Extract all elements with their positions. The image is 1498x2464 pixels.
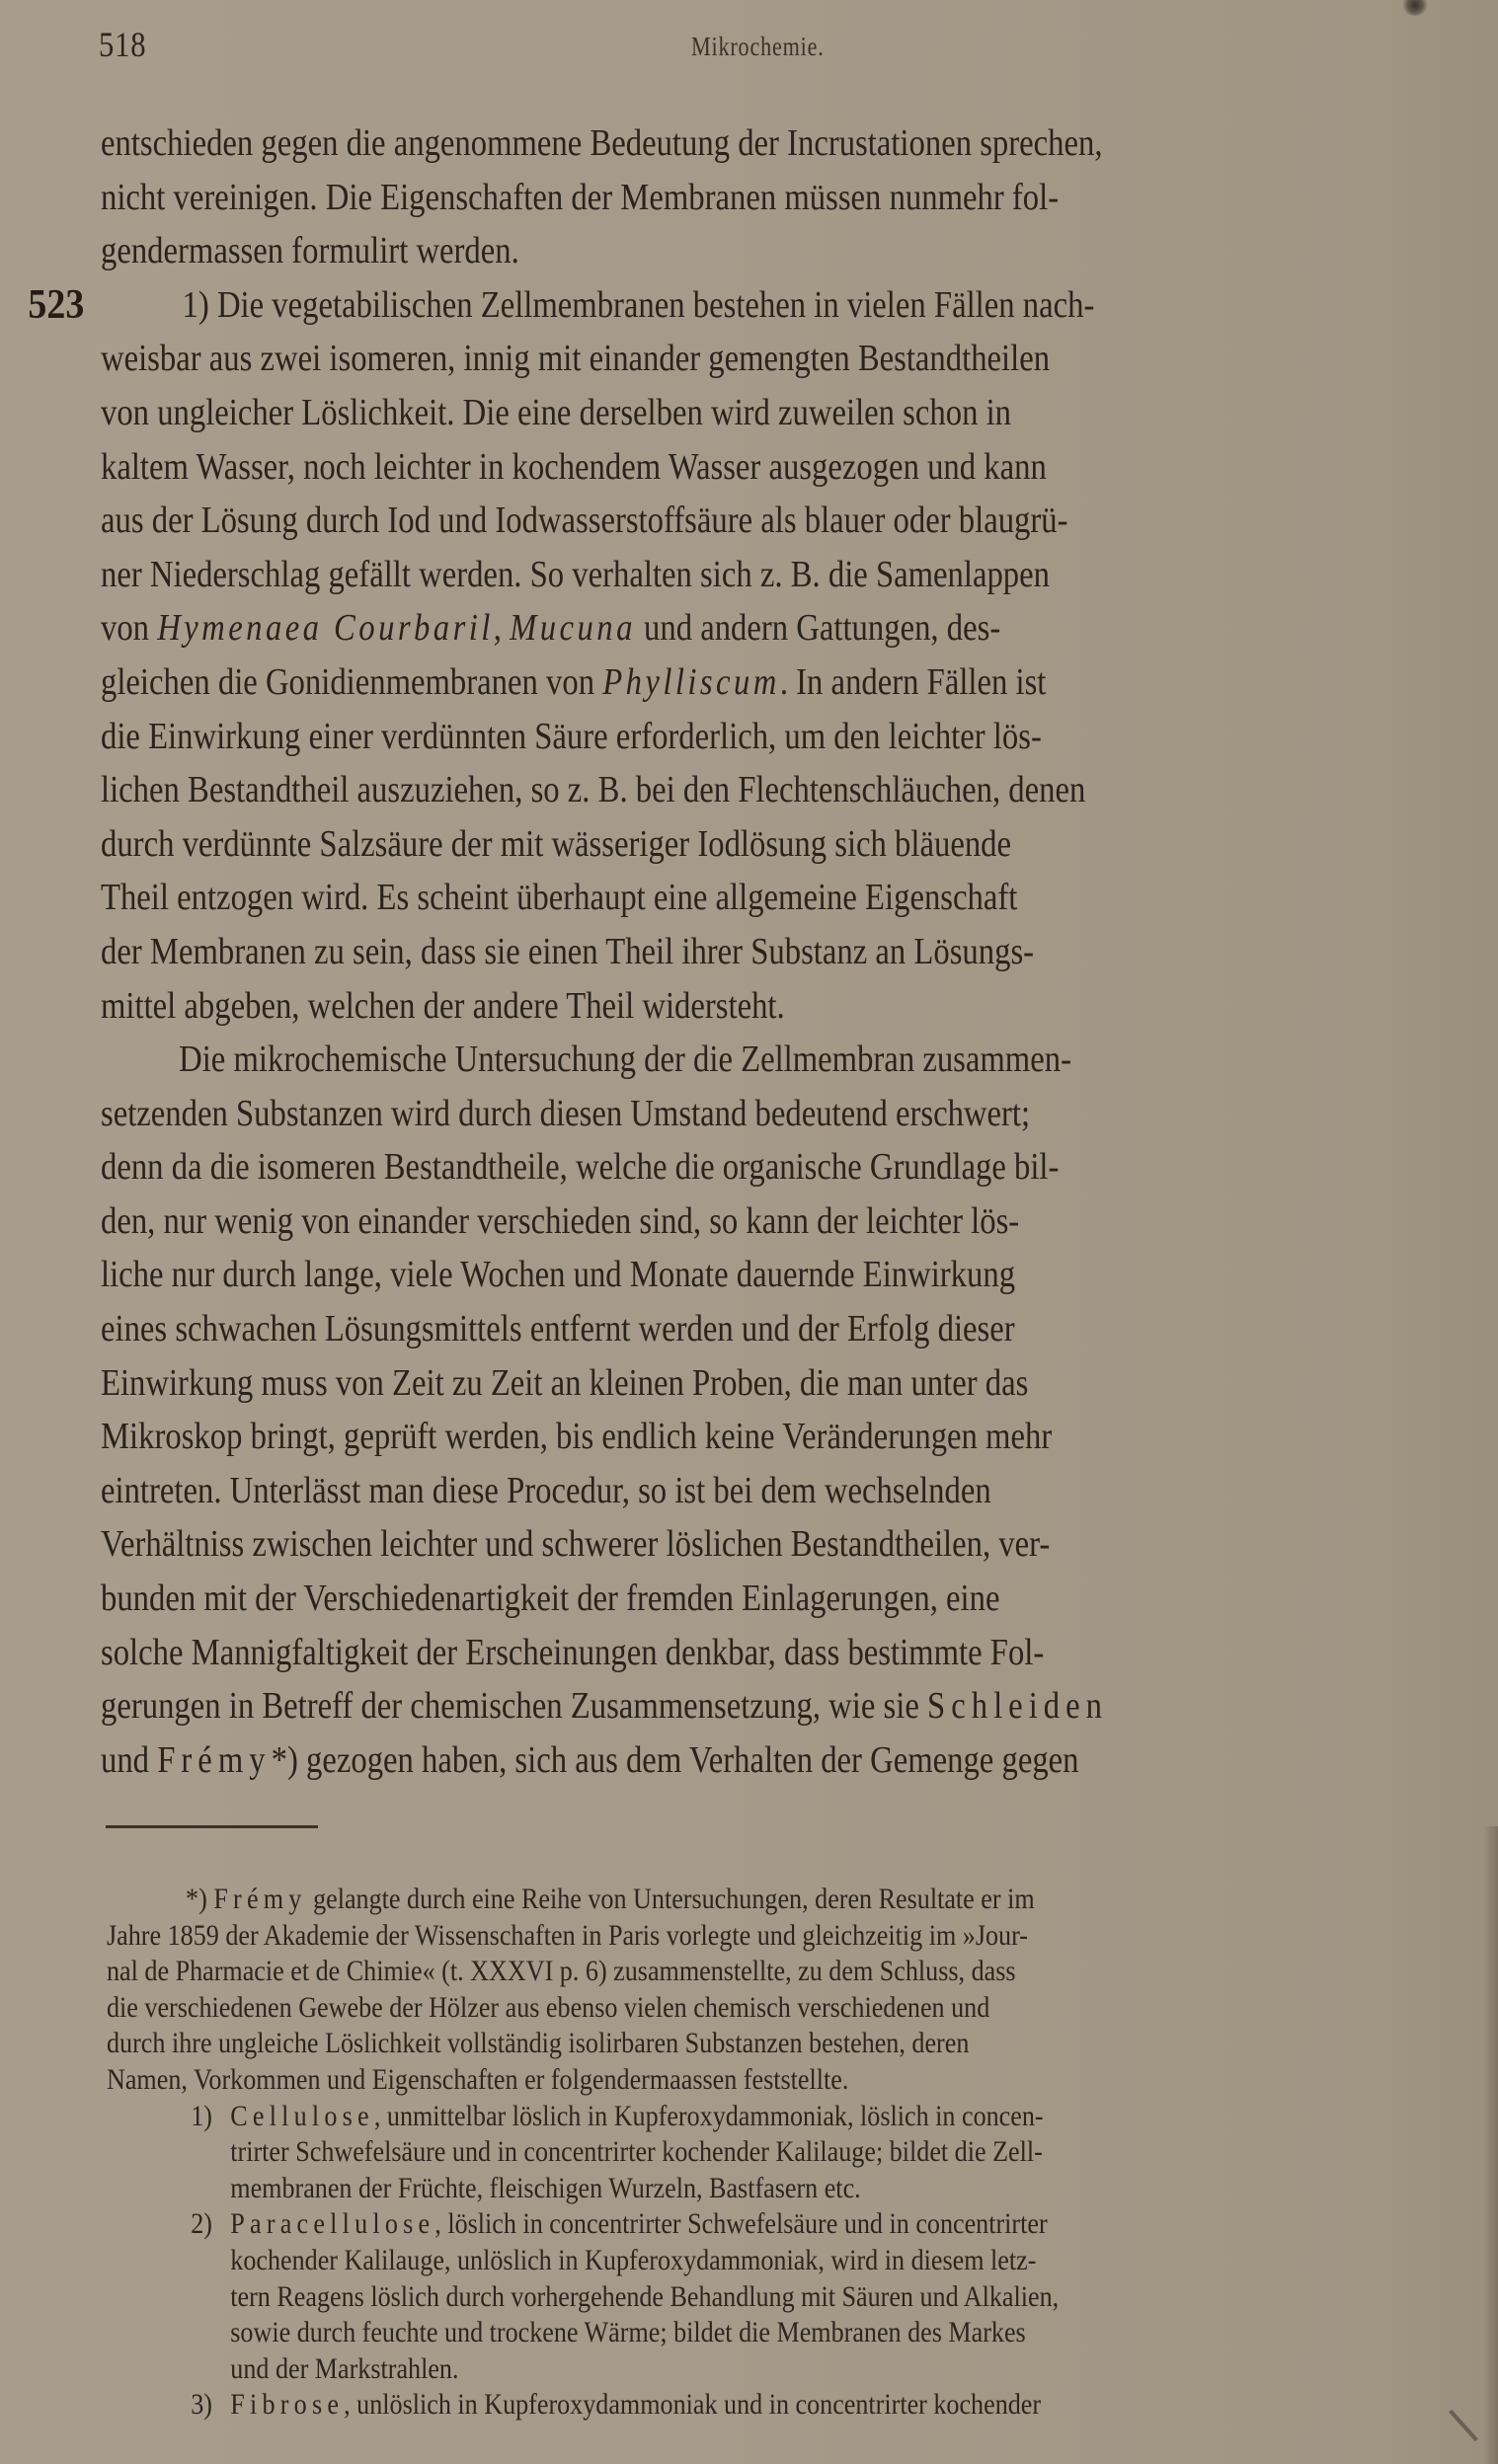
author-name: Frémy — [213, 1883, 306, 1915]
genus-name: Phylliscum — [602, 661, 780, 703]
footnote-line: die verschiedenen Gewebe der Hölzer aus … — [107, 1990, 1313, 2027]
footnote-marker: *) — [186, 1883, 207, 1915]
text-line: lichen Bestandtheil auszuziehen, so z. B… — [101, 763, 1299, 817]
paragraph-start: Die mikrochemische Untersuchung der die … — [101, 1033, 1299, 1087]
footnote-list-item: 2)Paracellulose, löslich in concentrirte… — [107, 2206, 1313, 2243]
text-line: den, nur wenig von einander verschieden … — [101, 1194, 1299, 1249]
footnote-line: Jahre 1859 der Akademie der Wissenschaft… — [107, 1918, 1313, 1955]
text-line: gerungen in Betreff der chemischen Zusam… — [101, 1679, 1299, 1733]
author-name: Frémy — [157, 1739, 271, 1781]
text-line: von ungleicher Löslichkeit. Die eine der… — [101, 386, 1299, 440]
footnote-line: kochender Kalilauge, unlöslich in Kupfer… — [107, 2243, 1313, 2279]
footnote-line: trirter Schwefelsäure und in concentrirt… — [107, 2134, 1313, 2171]
text-span: gleichen die Gonidienmembranen von — [101, 661, 602, 703]
book-page: 518 Mikrochemie. entschieden gegen die a… — [0, 0, 1498, 2464]
footnote-rule — [106, 1825, 318, 1828]
page-edge-shadow — [1484, 1826, 1498, 2464]
text-line: Verhältniss zwischen leichter und schwer… — [101, 1517, 1299, 1572]
text-line: die Einwirkung einer verdünnten Säure er… — [101, 710, 1299, 764]
text-span: und — [101, 1739, 157, 1781]
text-line: kaltem Wasser, noch leichter in kochende… — [101, 440, 1299, 495]
species-name: Hymenaea Courbaril — [157, 607, 494, 649]
text-span: , — [494, 607, 510, 649]
text-line: mittel abgeben, welchen der andere Theil… — [101, 979, 1299, 1034]
genus-name: Mucuna — [510, 607, 636, 649]
substance-term: Paracellulose — [230, 2207, 434, 2240]
substance-term: Fibrose — [230, 2388, 344, 2421]
footnote-line: tern Reagens löslich durch vorhergehende… — [107, 2279, 1313, 2316]
substance-term: Cellulose — [230, 2100, 374, 2132]
footnote-line: Namen, Vorkommen und Eigenschaften er fo… — [107, 2062, 1313, 2099]
text-line: der Membranen zu sein, dass sie einen Th… — [101, 925, 1299, 979]
text-span: und andern Gattungen, des- — [636, 607, 1000, 649]
text-line: weisbar aus zwei isomeren, innig mit ein… — [101, 332, 1299, 386]
text-line: entschieden gegen die angenommene Bedeut… — [101, 116, 1299, 171]
text-line: eintreten. Unterlässt man diese Procedur… — [101, 1464, 1299, 1518]
text-line: ner Niederschlag gefällt werden. So verh… — [101, 548, 1299, 602]
text-line: eines schwachen Lösungsmittels entfernt … — [101, 1302, 1299, 1356]
body-text: entschieden gegen die angenommene Bedeut… — [101, 116, 1493, 1787]
footnote-line: *) Frémy gelangte durch eine Reihe von U… — [107, 1882, 1313, 1918]
text-line: Mikroskop bringt, geprüft werden, bis en… — [101, 1410, 1299, 1464]
text-line: nicht vereinigen. Die Eigenschaften der … — [101, 171, 1299, 225]
text-line: denn da die isomeren Bestandtheile, welc… — [101, 1140, 1299, 1194]
list-number: 1) — [191, 2099, 230, 2135]
footnote-line: nal de Pharmacie et de Chimie« (t. XXXVI… — [107, 1954, 1313, 1990]
author-name: Schleiden — [927, 1685, 1108, 1727]
text-span: 1) Die vegetabilischen Zellmembranen bes… — [183, 284, 1095, 326]
footnote-line: sowie durch feuchte und trockene Wärme; … — [107, 2315, 1313, 2351]
footnote-reference: *) gezogen haben, sich aus dem Verhalten… — [272, 1739, 1079, 1781]
footnote: *) Frémy gelangte durch eine Reihe von U… — [107, 1882, 1494, 2424]
text-span: , unlöslich in Kupferoxydammoniak und in… — [344, 2388, 1041, 2421]
footnote-line: membranen der Früchte, fleischigen Wurze… — [107, 2171, 1313, 2207]
margin-section-number: 523 — [28, 278, 84, 333]
text-line: durch verdünnte Salzsäure der mit wässer… — [101, 817, 1299, 872]
footnote-line: und der Markstrahlen. — [107, 2351, 1313, 2388]
text-span: , löslich in concentrirter Schwefelsäure… — [434, 2207, 1047, 2240]
page-number: 518 — [99, 24, 146, 65]
text-line: Einwirkung muss von Zeit zu Zeit an klei… — [101, 1356, 1299, 1411]
text-line: Theil entzogen wird. Es scheint überhaup… — [101, 871, 1299, 925]
list-number: 2) — [191, 2206, 230, 2243]
text-span: . In andern Fällen ist — [780, 661, 1047, 703]
text-line: bunden mit der Verschiedenartigkeit der … — [101, 1572, 1299, 1626]
text-span: gelangte durch eine Reihe von Untersuchu… — [307, 1883, 1035, 1915]
ink-smudge — [1402, 0, 1428, 16]
footnote-list-item: 1)Cellulose, unmittelbar löslich in Kupf… — [107, 2099, 1313, 2135]
list-number: 3) — [191, 2387, 230, 2424]
text-line: liche nur durch lange, viele Wochen und … — [101, 1248, 1299, 1302]
text-line: von Hymenaea Courbaril, Mucuna und ander… — [101, 601, 1299, 655]
text-span: gerungen in Betreff der chemischen Zusam… — [101, 1685, 927, 1727]
text-line: gendermassen formulirt werden. — [101, 224, 1299, 278]
text-line: aus der Lösung durch Iod und Iodwasserst… — [101, 494, 1299, 548]
text-span: , unmittelbar löslich in Kupferoxydammon… — [374, 2100, 1044, 2132]
footnote-line: durch ihre ungleiche Löslichkeit vollstä… — [107, 2026, 1313, 2062]
numbered-paragraph-start: 523 1) Die vegetabilischen Zellmembranen… — [101, 278, 1299, 333]
text-span: von — [101, 607, 157, 649]
running-head: 518 Mikrochemie. — [0, 20, 1498, 63]
footnote-list-item: 3)Fibrose, unlöslich in Kupferoxydammoni… — [107, 2387, 1313, 2424]
text-line: solche Mannigfaltigkeit der Erscheinunge… — [101, 1626, 1299, 1680]
text-line: setzenden Substanzen wird durch diesen U… — [101, 1087, 1299, 1141]
text-line: gleichen die Gonidienmembranen von Phyll… — [101, 655, 1299, 710]
running-title: Mikrochemie. — [691, 32, 825, 62]
text-line: und Frémy*) gezogen haben, sich aus dem … — [101, 1733, 1299, 1788]
